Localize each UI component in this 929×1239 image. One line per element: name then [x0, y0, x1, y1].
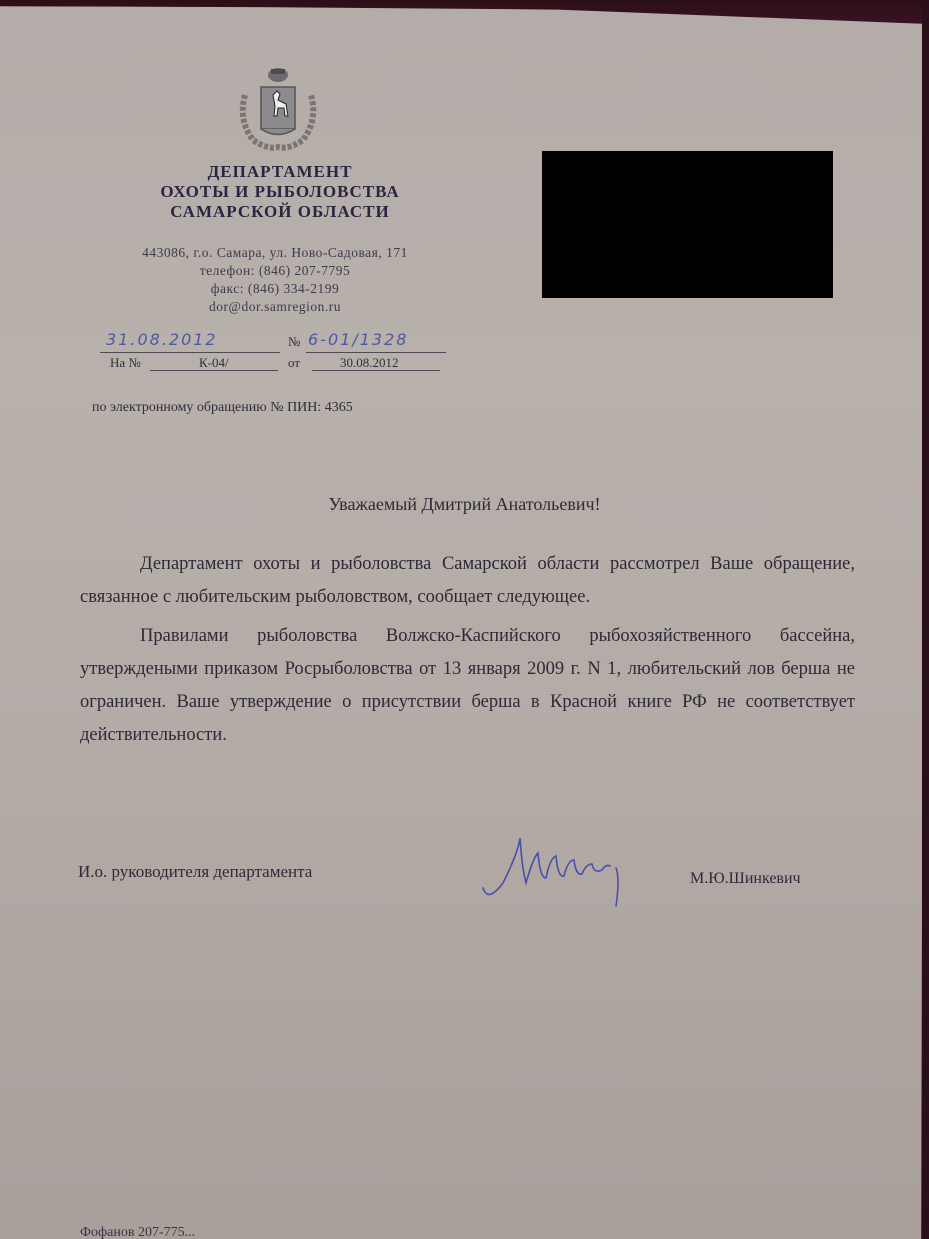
- reply-underline: [150, 370, 278, 371]
- letter-body: Департамент охоты и рыболовства Самарско…: [80, 548, 855, 758]
- signatory-name: М.Ю.Шинкевич: [690, 870, 801, 888]
- from-label: от: [288, 355, 300, 371]
- background-edge-right: [922, 0, 929, 1239]
- handwritten-signature-icon: [478, 828, 653, 908]
- department-title: ДЕПАРТАМЕНТ ОХОТЫ И РЫБОЛОВСТВА САМАРСКО…: [110, 162, 450, 222]
- reply-to-label: На №: [110, 355, 141, 371]
- reply-to-value: К-04/: [199, 355, 229, 371]
- registration-block: 31.08.2012 № 6-01/1328 На № К-04/ от 30.…: [100, 330, 445, 380]
- paragraph: Департамент охоты и рыболовства Самарско…: [80, 548, 855, 614]
- footer-executor-partial: Фофанов 207-775...: [80, 1225, 195, 1239]
- reference-line: по электронному обращению № ПИН: 4365: [92, 400, 353, 416]
- number-label: №: [288, 334, 300, 350]
- department-title-line: ДЕПАРТАМЕНТ: [110, 162, 450, 182]
- from-underline: [312, 370, 440, 371]
- number-underline: [306, 352, 446, 353]
- phone: телефон: (846) 207-7795: [95, 262, 455, 280]
- fax: факс: (846) 334-2199: [95, 280, 455, 298]
- department-title-line: ОХОТЫ И РЫБОЛОВСТВА: [110, 182, 450, 202]
- recipient-redacted-block: [542, 151, 833, 298]
- greeting: Уважаемый Дмитрий Анатольевич!: [0, 494, 929, 515]
- coat-of-arms-icon: [233, 65, 323, 155]
- contact-block: 443086, г.о. Самара, ул. Ново-Садовая, 1…: [95, 244, 455, 316]
- outgoing-number: 6-01/1328: [308, 330, 408, 349]
- department-title-line: САМАРСКОЙ ОБЛАСТИ: [110, 202, 450, 222]
- date-underline: [100, 352, 280, 353]
- email: dor@dor.samregion.ru: [95, 298, 455, 316]
- address: 443086, г.о. Самара, ул. Ново-Садовая, 1…: [95, 244, 455, 262]
- signatory-role: И.о. руководителя департамента: [78, 862, 312, 882]
- from-value: 30.08.2012: [340, 355, 399, 371]
- outgoing-date: 31.08.2012: [106, 330, 218, 349]
- paragraph: Правилами рыболовства Волжско-Каспийског…: [80, 620, 855, 752]
